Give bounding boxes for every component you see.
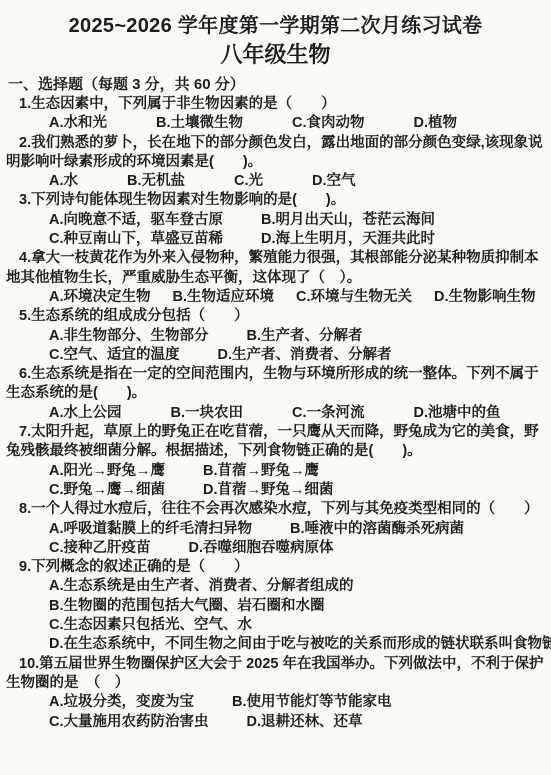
- exam-title: 2025~2026 学年度第一学期第二次月练习试卷: [5, 13, 546, 40]
- question-3-option-A: A.向晚意不适，驱车登古原: [49, 211, 223, 230]
- question-3-option-B: B.明月出天山，苍茫云海间: [261, 211, 435, 230]
- question-8: 8.一个人得过水痘后，往往不会再次感染水痘，下列与其免疫类型相同的（ ）A.呼吸…: [5, 500, 546, 558]
- question-9-options-row-3: C.生态因素只包括光、空气、水: [5, 616, 546, 635]
- question-9-stem-line-1: 9.下列概念的叙述正确的是（ ）: [5, 558, 546, 577]
- question-5: 5.生态系统的组成成分包括（ ）A.非生物部分、生物部分B.生产者、分解者C.空…: [5, 307, 546, 365]
- question-8-option-C: C.接种乙肝疫苗: [49, 539, 151, 558]
- question-2-option-A: A.水: [49, 172, 78, 191]
- question-7-option-C: C.野兔→鹰→细菌: [49, 481, 165, 500]
- question-5-option-A: A.非生物部分、生物部分: [49, 327, 209, 346]
- question-8-option-D: D.吞噬细胞吞噬病原体: [189, 539, 334, 558]
- question-3-options-row-2: C.种豆南山下，草盛豆苗稀D.海上生明月，天涯共此时: [5, 230, 546, 249]
- question-6-stem-line-1: 6.生态系统是指在一定的空间范围内，生物与环境所形成的统一整体。下列不属于: [5, 365, 546, 384]
- question-3-stem-line-1: 3.下列诗句能体现生物因素对生物影响的是( )。: [5, 191, 546, 210]
- question-1-option-B: B.土壤微生物: [156, 114, 243, 133]
- section-heading: 一、选择题（每题 3 分，共 60 分）: [5, 74, 546, 95]
- question-1-option-C: C.食肉动物: [292, 114, 365, 133]
- question-1-option-A: A.水和光: [49, 114, 107, 133]
- question-3: 3.下列诗句能体现生物因素对生物影响的是( )。A.向晚意不适，驱车登古原B.明…: [5, 191, 546, 249]
- exam-paper-page: { "page": { "title": "2025~2026 学年度第一学期第…: [0, 0, 551, 775]
- question-8-stem-line-1: 8.一个人得过水痘后，往往不会再次感染水痘，下列与其免疫类型相同的（ ）: [5, 500, 546, 519]
- question-7-stem-line-1: 7.太阳升起，草原上的野兔正在吃苜蓿，一只鹰从天而降，野兔成为它的美食，野: [5, 423, 546, 442]
- question-2-option-B: B.无机盐: [127, 172, 185, 191]
- question-10-option-B: B.使用节能灯等节能家电: [232, 693, 392, 712]
- question-3-option-C: C.种豆南山下，草盛豆苗稀: [49, 230, 223, 249]
- question-10-stem-line-1: 10.第五届世界生物圈保护区大会于 2025 年在我国举办。下列做法中，不利于保…: [5, 655, 546, 674]
- question-list: 1.生态因素中，下列属于非生物因素的是（ ）A.水和光B.土壤微生物C.食肉动物…: [5, 95, 546, 732]
- question-5-option-B: B.生产者、分解者: [247, 327, 363, 346]
- question-3-option-D: D.海上生明月，天涯共此时: [261, 230, 435, 249]
- question-9-option-A: A.生态系统是由生产者、消费者、分解者组成的: [49, 577, 354, 596]
- exam-subtitle: 八年级生物: [5, 40, 546, 70]
- question-10-option-C: C.大量施用农药防治害虫: [49, 713, 209, 732]
- question-6-option-D: D.池塘中的鱼: [414, 404, 501, 423]
- question-1-option-D: D.植物: [414, 114, 458, 133]
- question-8-options-row-2: C.接种乙肝疫苗D.吞噬细胞吞噬病原体: [5, 539, 546, 558]
- question-4-option-A: A.环境决定生物: [49, 288, 151, 307]
- question-7: 7.太阳升起，草原上的野兔正在吃苜蓿，一只鹰从天而降，野兔成为它的美食，野兔残骸…: [5, 423, 546, 500]
- question-9: 9.下列概念的叙述正确的是（ ）A.生态系统是由生产者、消费者、分解者组成的B.…: [5, 558, 546, 654]
- question-6-option-A: A.水上公园: [49, 404, 122, 423]
- question-7-options-row-2: C.野兔→鹰→细菌D.苜蓿→野兔→细菌: [5, 481, 546, 500]
- question-2-option-C: C.光: [234, 172, 263, 191]
- question-4-stem-line-1: 4.拿大一枝黄花作为外来入侵物种，繁殖能力很强，其根部能分泌某种物质抑制本: [5, 249, 546, 268]
- question-10-option-D: D.退耕还林、还草: [247, 713, 363, 732]
- question-5-option-D: D.生产者、消费者、分解者: [218, 346, 392, 365]
- question-2-option-D: D.空气: [312, 172, 356, 191]
- question-9-option-B: B.生物圈的范围包括大气圈、岩石圈和水圈: [49, 597, 325, 616]
- question-10-options-row-2: C.大量施用农药防治害虫D.退耕还林、还草: [5, 713, 546, 732]
- question-10-option-A: A.垃圾分类，变废为宝: [49, 693, 194, 712]
- question-4-stem-line-2: 地其他植物生长，严重威胁生态平衡，这体现了（ ）。: [5, 269, 546, 288]
- question-10: 10.第五届世界生物圈保护区大会于 2025 年在我国举办。下列做法中，不利于保…: [5, 655, 546, 732]
- question-8-option-B: B.唾液中的溶菌酶杀死病菌: [290, 520, 464, 539]
- question-2-stem-line-2: 明影响叶绿素形成的环境因素是( )。: [5, 153, 546, 172]
- question-2: 2.我们熟悉的萝卜，长在地下的部分颜色发白，露出地面的部分颜色变绿,该现象说明影…: [5, 134, 546, 192]
- question-6-option-B: B.一块农田: [171, 404, 244, 423]
- question-6-option-C: C.一条河流: [292, 404, 365, 423]
- question-5-options-row-1: A.非生物部分、生物部分B.生产者、分解者: [5, 327, 546, 346]
- question-9-option-D: D.在生态系统中，不同生物之间由于吃与被吃的关系而形成的链状联系叫食物链: [49, 635, 551, 654]
- question-7-options-row-1: A.阳光→野兔→鹰B.苜蓿→野兔→鹰: [5, 462, 546, 481]
- question-4-options-row-1: A.环境决定生物B.生物适应环境C.环境与生物无关D.生物影响生物: [5, 288, 546, 307]
- question-2-options-row-1: A.水B.无机盐C.光D.空气: [5, 172, 546, 191]
- question-6: 6.生态系统是指在一定的空间范围内，生物与环境所形成的统一整体。下列不属于生态系…: [5, 365, 546, 423]
- question-5-option-C: C.空气、适宜的温度: [49, 346, 180, 365]
- question-6-stem-line-2: 生态系统的是( )。: [5, 384, 546, 403]
- question-9-options-row-4: D.在生态系统中，不同生物之间由于吃与被吃的关系而形成的链状联系叫食物链: [5, 635, 546, 654]
- exam-paper: 2025~2026 学年度第一学期第二次月练习试卷 八年级生物 一、选择题（每题…: [0, 0, 551, 732]
- question-10-options-row-1: A.垃圾分类，变废为宝B.使用节能灯等节能家电: [5, 693, 546, 712]
- question-1-options-row-1: A.水和光B.土壤微生物C.食肉动物D.植物: [5, 114, 546, 133]
- question-7-option-D: D.苜蓿→野兔→细菌: [203, 481, 334, 500]
- question-3-options-row-1: A.向晚意不适，驱车登古原B.明月出天山，苍茫云海间: [5, 211, 546, 230]
- question-5-stem-line-1: 5.生态系统的组成成分包括（ ）: [5, 307, 546, 326]
- question-7-option-A: A.阳光→野兔→鹰: [49, 462, 165, 481]
- question-5-options-row-2: C.空气、适宜的温度D.生产者、消费者、分解者: [5, 346, 546, 365]
- question-7-option-B: B.苜蓿→野兔→鹰: [203, 462, 319, 481]
- question-10-stem-line-2: 生物圈的是 （ ）: [5, 674, 546, 693]
- question-7-stem-line-2: 兔残骸最终被细菌分解。根据描述，下列食物链正确的是( )。: [5, 442, 546, 461]
- question-9-options-row-2: B.生物圈的范围包括大气圈、岩石圈和水圈: [5, 597, 546, 616]
- question-1-stem-line-1: 1.生态因素中，下列属于非生物因素的是（ ）: [5, 95, 546, 114]
- question-4-option-D: D.生物影响生物: [434, 288, 536, 307]
- question-8-option-A: A.呼吸道黏膜上的纤毛清扫异物: [49, 520, 252, 539]
- question-4: 4.拿大一枝黄花作为外来入侵物种，繁殖能力很强，其根部能分泌某种物质抑制本地其他…: [5, 249, 546, 307]
- question-8-options-row-1: A.呼吸道黏膜上的纤毛清扫异物B.唾液中的溶菌酶杀死病菌: [5, 520, 546, 539]
- question-6-options-row-1: A.水上公园B.一块农田C.一条河流D.池塘中的鱼: [5, 404, 546, 423]
- question-2-stem-line-1: 2.我们熟悉的萝卜，长在地下的部分颜色发白，露出地面的部分颜色变绿,该现象说: [5, 134, 546, 153]
- question-9-option-C: C.生态因素只包括光、空气、水: [49, 616, 252, 635]
- question-1: 1.生态因素中，下列属于非生物因素的是（ ）A.水和光B.土壤微生物C.食肉动物…: [5, 95, 546, 134]
- question-9-options-row-1: A.生态系统是由生产者、消费者、分解者组成的: [5, 577, 546, 596]
- question-4-option-B: B.生物适应环境: [173, 288, 275, 307]
- question-4-option-C: C.环境与生物无关: [296, 288, 412, 307]
